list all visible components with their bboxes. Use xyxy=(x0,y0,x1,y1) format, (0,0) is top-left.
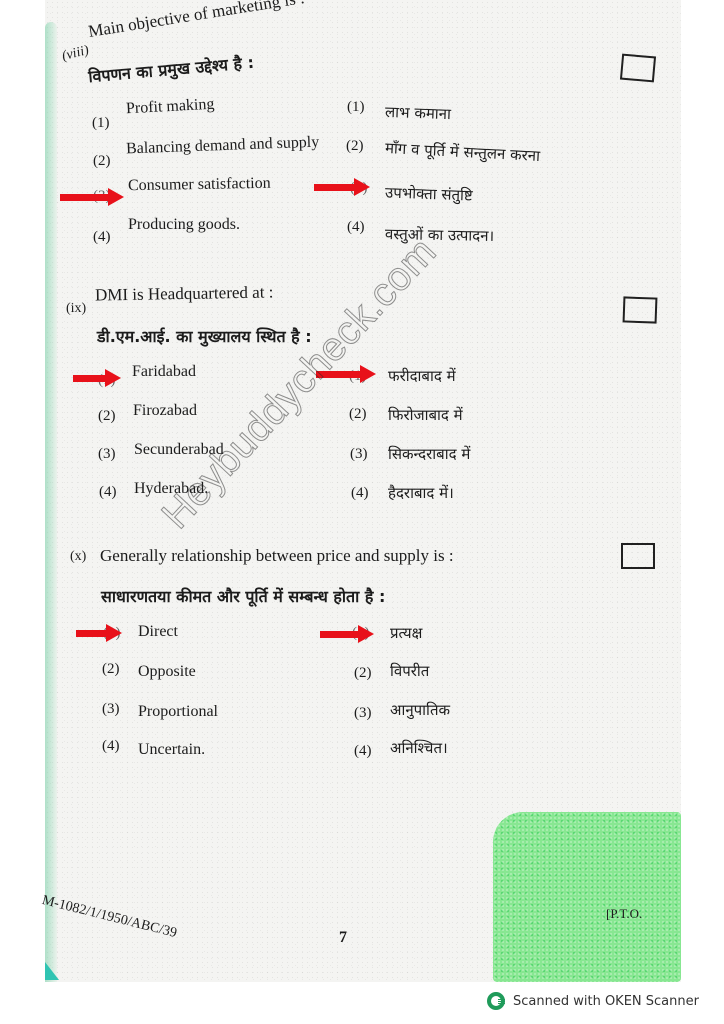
scanner-badge: Scanned with OKEN Scanner xyxy=(487,990,699,1012)
option-number: (4) xyxy=(102,738,120,755)
option-text-en: Faridabad xyxy=(132,363,196,381)
option-text-hi: लाभ कमाना xyxy=(385,102,452,124)
option-text-hi: विपरीत xyxy=(390,661,429,681)
page-spine-shadow xyxy=(45,22,57,982)
page-number: 7 xyxy=(339,929,347,947)
pto-label: [P.T.O. xyxy=(606,906,642,922)
question-text-hi: साधारणतया कीमत और पूर्ति में सम्बन्ध होत… xyxy=(101,585,385,607)
question-number: (ix) xyxy=(66,301,86,317)
option-text-hi: फरीदाबाद में xyxy=(388,366,456,386)
option-text-hi: फिरोजाबाद में xyxy=(388,405,463,425)
question-text-en: DMI is Headquartered at : xyxy=(95,282,274,305)
option-number-hi: (1) xyxy=(347,99,365,116)
scanner-badge-text: Scanned with OKEN Scanner xyxy=(513,994,699,1009)
option-text-en: Opposite xyxy=(138,663,196,681)
option-text-en: Consumer satisfaction xyxy=(128,175,271,195)
option-number-hi: (4) xyxy=(351,485,369,502)
option-text-hi: प्रत्यक्ष xyxy=(390,623,422,643)
question-text-hi: डी.एम.आई. का मुख्यालय स्थित है : xyxy=(97,325,312,347)
answer-marker-arrow-en xyxy=(60,190,124,204)
option-number: (4) xyxy=(93,229,111,246)
option-text-en: Direct xyxy=(138,623,178,641)
question-number: (x) xyxy=(70,549,86,565)
scan-artifact-patch xyxy=(493,812,681,982)
option-text-hi: हैदराबाद में। xyxy=(388,483,454,503)
answer-marker-arrow-en xyxy=(76,626,122,640)
option-text-hi: आनुपातिक xyxy=(390,700,450,720)
answer-checkbox[interactable] xyxy=(621,543,655,569)
option-number-hi: (2) xyxy=(354,665,372,682)
answer-checkbox[interactable] xyxy=(623,296,658,323)
answer-marker-arrow-en xyxy=(73,371,121,385)
option-text-hi: उपभोक्ता संतुष्टि xyxy=(385,182,473,205)
option-number: (2) xyxy=(93,153,111,170)
option-number: (4) xyxy=(99,484,117,501)
option-number-hi: (2) xyxy=(349,406,367,423)
option-text-en: Uncertain. xyxy=(138,741,205,759)
option-text-en: Firozabad xyxy=(133,402,197,420)
option-number: (2) xyxy=(98,408,116,425)
option-text-hi: सिकन्दराबाद में xyxy=(388,444,470,464)
option-number: (3) xyxy=(102,701,120,718)
option-number-hi: (4) xyxy=(354,743,372,760)
oken-scanner-logo-icon xyxy=(487,992,505,1010)
question-text-en: Generally relationship between price and… xyxy=(100,546,454,566)
option-number: (3) xyxy=(98,446,116,463)
option-number-hi: (4) xyxy=(347,219,365,236)
answer-checkbox[interactable] xyxy=(620,54,656,83)
option-text-en: Proportional xyxy=(138,703,218,721)
option-number: (2) xyxy=(102,661,120,678)
option-number: (1) xyxy=(92,115,110,132)
option-text-hi: अनिश्चित। xyxy=(390,738,448,758)
option-text-en: Producing goods. xyxy=(128,216,240,234)
option-number-hi: (3) xyxy=(350,446,368,463)
answer-marker-arrow-hi xyxy=(320,627,374,641)
corner-artifact xyxy=(45,962,59,980)
option-number-hi: (3) xyxy=(354,705,372,722)
option-number-hi: (2) xyxy=(346,138,364,155)
answer-marker-arrow-hi xyxy=(314,180,372,194)
